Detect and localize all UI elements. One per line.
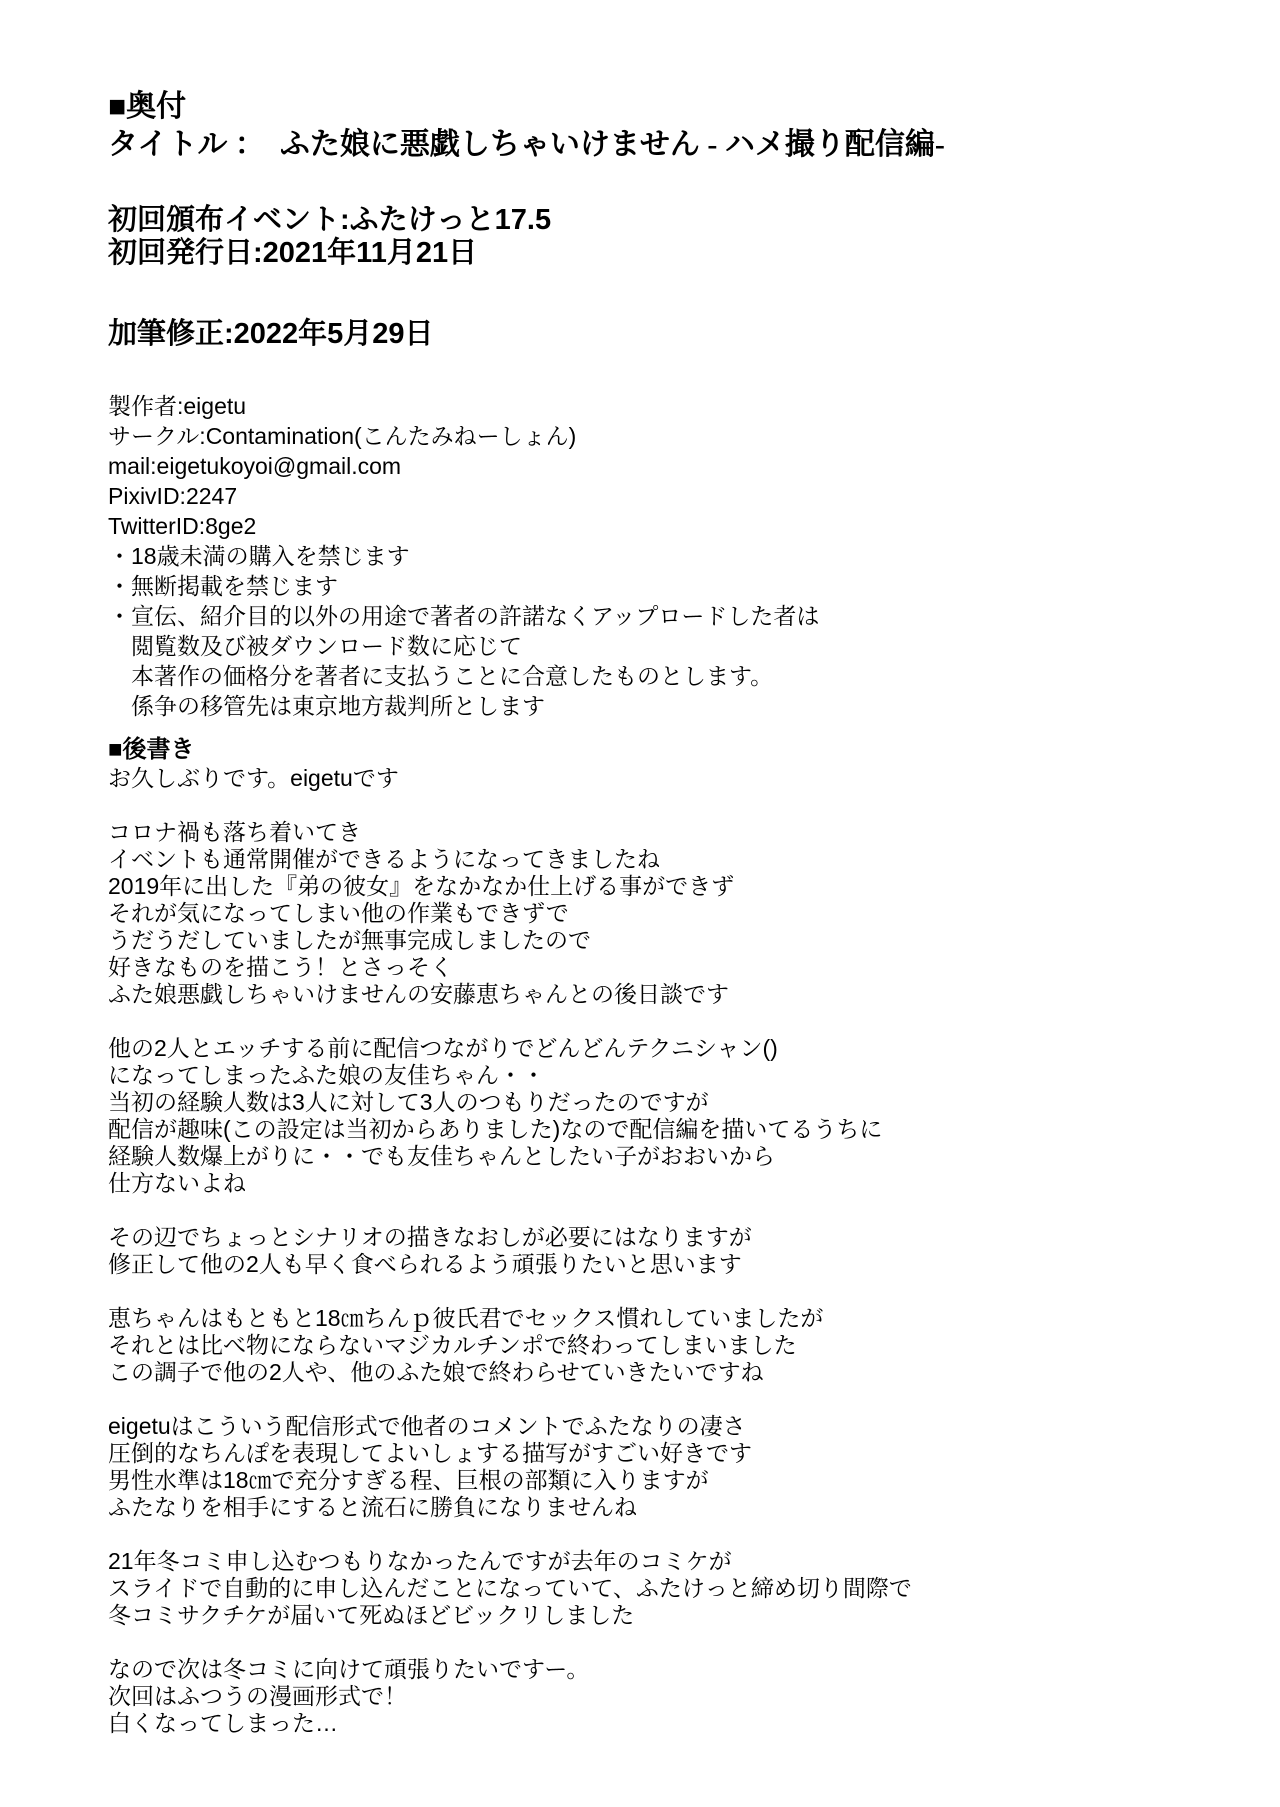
credit-line: ・宣伝、紹介目的以外の用途で著者の許諾なくアップロードした者は bbox=[108, 601, 1240, 631]
afterword-line bbox=[108, 1008, 1240, 1035]
first-release-date-line: 初回発行日:2021年11月21日 bbox=[108, 237, 1240, 270]
credit-line: mail:eigetukoyoi@gmail.com bbox=[108, 451, 1240, 481]
afterword-line: 圧倒的なちんぽを表現してよいしょする描写がすごい好きです bbox=[108, 1440, 1240, 1467]
credit-line: 製作者:eigetu bbox=[108, 391, 1240, 421]
afterword-line: コロナ禍も落ち着いてき bbox=[108, 819, 1240, 846]
afterword-line: うだうだしていましたが無事完成しましたので bbox=[108, 927, 1240, 954]
credit-line: 本著作の価格分を著者に支払うことに合意したものとします。 bbox=[108, 661, 1240, 691]
publication-info: 初回頒布イベント:ふたけっと17.5 初回発行日:2021年11月21日 加筆修… bbox=[108, 204, 1240, 351]
afterword-header: ■後書き bbox=[108, 735, 1240, 765]
afterword-line: 配信が趣味(この設定は当初からありました)なので配信編を描いてるうちに bbox=[108, 1116, 1240, 1143]
credit-line: ・18歳未満の購入を禁じます bbox=[108, 541, 1240, 571]
afterword-line: 白くなってしまった… bbox=[108, 1710, 1240, 1737]
afterword-line: なので次は冬コミに向けて頑張りたいですー。 bbox=[108, 1656, 1240, 1683]
afterword-line: イベントも通常開催ができるようになってきましたね bbox=[108, 846, 1240, 873]
afterword-line: それとは比べ物にならないマジカルチンポで終わってしまいました bbox=[108, 1332, 1240, 1359]
afterword-lines: お久しぶりです。eigetuですコロナ禍も落ち着いてきイベントも通常開催ができる… bbox=[108, 765, 1240, 1737]
afterword-line: 仕方ないよね bbox=[108, 1170, 1240, 1197]
credit-line: 閲覧数及び被ダウンロード数に応じて bbox=[108, 631, 1240, 661]
revision-date-line: 加筆修正:2022年5月29日 bbox=[108, 318, 1240, 351]
afterword-line: 他の2人とエッチする前に配信つながりでどんどんテクニシャン() bbox=[108, 1035, 1240, 1062]
afterword-line: スライドで自動的に申し込んだことになっていて、ふたけっと締め切り間際で bbox=[108, 1575, 1240, 1602]
afterword-line: ふたなりを相手にすると流石に勝負になりませんね bbox=[108, 1494, 1240, 1521]
afterword-line: になってしまったふた娘の友佳ちゃん・・ bbox=[108, 1062, 1240, 1089]
afterword-line bbox=[108, 1521, 1240, 1548]
afterword-line: eigetuはこういう配信形式で他者のコメントでふたなりの凄さ bbox=[108, 1413, 1240, 1440]
afterword-line bbox=[108, 1386, 1240, 1413]
afterword-line: ふた娘悪戯しちゃいけませんの安藤恵ちゃんとの後日談です bbox=[108, 981, 1240, 1008]
afterword-line bbox=[108, 1197, 1240, 1224]
first-event-line: 初回頒布イベント:ふたけっと17.5 bbox=[108, 204, 1240, 237]
colophon-header: ■奥付 bbox=[108, 88, 1240, 126]
credit-line: ・無断掲載を禁じます bbox=[108, 571, 1240, 601]
afterword-line bbox=[108, 1629, 1240, 1656]
afterword-line: 恵ちゃんはもともと18㎝ちんｐ彼氏君でセックス慣れしていましたが bbox=[108, 1305, 1240, 1332]
afterword-line: 冬コミサクチケが届いて死ぬほどビックリしました bbox=[108, 1602, 1240, 1629]
colophon-page: ■奥付 タイトル ： ふた娘に悪戯しちゃいけません - ハメ撮り配信編- 初回頒… bbox=[0, 0, 1280, 1807]
afterword-line: 修正して他の2人も早く食べられるよう頑張りたいと思います bbox=[108, 1251, 1240, 1278]
afterword-line bbox=[108, 792, 1240, 819]
credit-line: TwitterID:8ge2 bbox=[108, 511, 1240, 541]
afterword-line: 次回はふつうの漫画形式で！ bbox=[108, 1683, 1240, 1710]
afterword-line: 好きなものを描こう！とさっそく bbox=[108, 954, 1240, 981]
afterword-line: この調子で他の2人や、他のふた娘で終わらせていきたいですね bbox=[108, 1359, 1240, 1386]
credit-line: 係争の移管先は東京地方裁判所とします bbox=[108, 691, 1240, 721]
credit-line: サークル:Contamination(こんたみねーしょん) bbox=[108, 421, 1240, 451]
credit-line: PixivID:2247 bbox=[108, 481, 1240, 511]
afterword-section: ■後書き お久しぶりです。eigetuですコロナ禍も落ち着いてきイベントも通常開… bbox=[108, 735, 1240, 1737]
afterword-line: お久しぶりです。eigetuです bbox=[108, 765, 1240, 792]
afterword-line: その辺でちょっとシナリオの描きなおしが必要にはなりますが bbox=[108, 1224, 1240, 1251]
afterword-line bbox=[108, 1278, 1240, 1305]
credits-list: 製作者:eigetuサークル:Contamination(こんたみねーしょん)m… bbox=[108, 391, 1240, 721]
afterword-line: 当初の経験人数は3人に対して3人のつもりだったのですが bbox=[108, 1089, 1240, 1116]
afterword-line: それが気になってしまい他の作業もできずで bbox=[108, 900, 1240, 927]
colophon-section: ■奥付 タイトル ： ふた娘に悪戯しちゃいけません - ハメ撮り配信編- bbox=[108, 88, 1240, 164]
afterword-line: 男性水準は18㎝で充分すぎる程、巨根の部類に入りますが bbox=[108, 1467, 1240, 1494]
afterword-line: 2019年に出した『弟の彼女』をなかなか仕上げる事ができず bbox=[108, 873, 1240, 900]
afterword-line: 経験人数爆上がりに・・でも友佳ちゃんとしたい子がおおいから bbox=[108, 1143, 1240, 1170]
afterword-line: 21年冬コミ申し込むつもりなかったんですが去年のコミケが bbox=[108, 1548, 1240, 1575]
title-line: タイトル ： ふた娘に悪戯しちゃいけません - ハメ撮り配信編- bbox=[108, 126, 1240, 164]
